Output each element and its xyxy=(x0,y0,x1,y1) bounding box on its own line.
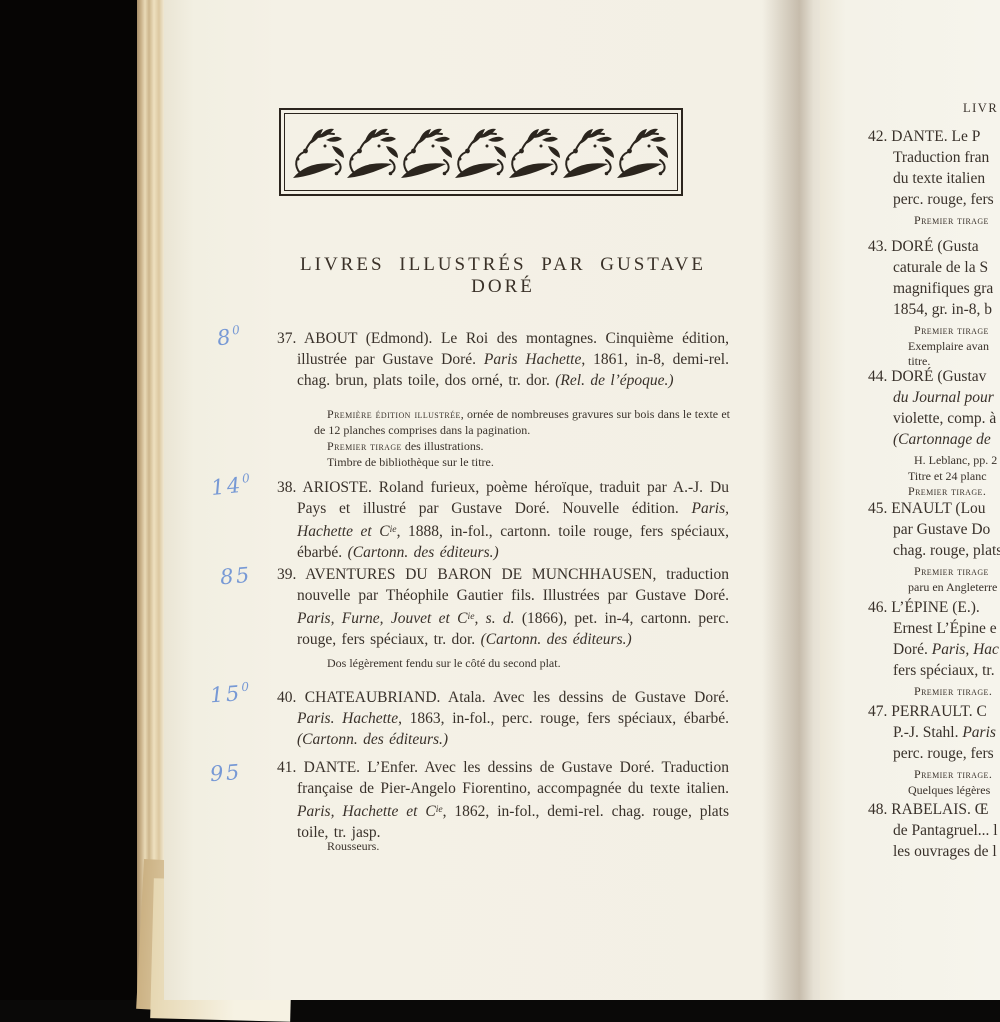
catalog-entry-45: 45. ENAULT (Lou par Gustave Do chag. rou… xyxy=(868,498,1000,595)
price-sup: 0 xyxy=(231,323,240,338)
entry-line: perc. rouge, fers xyxy=(893,743,1000,764)
catalog-entry-38: 38. ARIOSTE. Roland furieux, poème héroï… xyxy=(277,477,729,563)
note-line: Premier tirage des illustrations. xyxy=(314,438,730,454)
note-line: Dos légèrement fendu sur le côté du seco… xyxy=(314,655,730,671)
price-main: 95 xyxy=(209,760,242,786)
entry-line: de Pantagruel... l xyxy=(893,820,1000,841)
running-header: LIVR xyxy=(963,101,998,116)
note-line: Premier tirage xyxy=(914,323,1000,339)
entry-line: violette, comp. à xyxy=(893,408,1000,429)
note-line: Premier tirage xyxy=(914,564,1000,580)
catalog-entry-40: 40. CHATEAUBRIAND. Atala. Avec les dessi… xyxy=(277,687,729,750)
entry-line: (Cartonnage de xyxy=(893,429,1000,450)
ornament-band-inner xyxy=(284,113,678,191)
handwritten-price-40: 150 xyxy=(209,680,250,708)
entry-line: fers spéciaux, tr. xyxy=(893,660,1000,681)
note-line: Premier tirage xyxy=(914,213,1000,229)
catalog-entry-47: 47. PERRAULT. C P.-J. Stahl. Paris perc.… xyxy=(868,701,1000,798)
page-title: LIVRES ILLUSTRÉS PAR GUSTAVE DORÉ xyxy=(277,254,729,298)
entry-line: 44. DORÉ (Gustav xyxy=(868,366,1000,387)
fleuron-row-icon xyxy=(287,123,675,181)
price-sup: 0 xyxy=(241,680,250,694)
note-line: paru en Angleterre xyxy=(908,580,1000,596)
entry-line: par Gustave Do xyxy=(893,519,1000,540)
entry-line: du texte italien xyxy=(893,168,1000,189)
price-main: 15 xyxy=(209,681,242,707)
note-line: Premier tirage. xyxy=(914,684,1000,700)
catalog-entry-46: 46. L’ÉPINE (E.). Ernest L’Épine e Doré.… xyxy=(868,597,1000,700)
entry-line: les ouvrages de l xyxy=(893,841,1000,862)
note-line: Titre et 24 planc xyxy=(908,469,1000,485)
note-line: Quelques légères xyxy=(908,783,1000,799)
catalog-entry-37: 37. ABOUT (Edmond). Le Roi des montagnes… xyxy=(277,328,729,391)
price-main: 85 xyxy=(219,563,253,590)
entry-39-notes: Dos légèrement fendu sur le côté du seco… xyxy=(314,655,730,671)
entry-line: Doré. Paris, Hac xyxy=(893,639,1000,660)
entry-line: P.-J. Stahl. Paris xyxy=(893,722,1000,743)
note-line: H. Leblanc, pp. 2 xyxy=(914,453,1000,469)
entry-line: caturale de la S xyxy=(893,257,1000,278)
handwritten-price-39: 85 xyxy=(219,562,253,590)
entry-line: 42. DANTE. Le P xyxy=(868,126,1000,147)
price-main: 14 xyxy=(210,473,244,500)
entry-line: 45. ENAULT (Lou xyxy=(868,498,1000,519)
catalog-entry-48: 48. RABELAIS. Œ de Pantagruel... l les o… xyxy=(868,799,1000,862)
book-photo: LIVRES ILLUSTRÉS PAR GUSTAVE DORÉ 37. AB… xyxy=(0,0,1000,1000)
catalog-entry-42: 42. DANTE. Le P Traduction fran du texte… xyxy=(868,126,1000,229)
note-line: Premier tirage. xyxy=(914,767,1000,783)
catalog-entry-41: 41. DANTE. L’Enfer. Avec les dessins de … xyxy=(277,757,729,843)
price-sup: 0 xyxy=(241,471,250,486)
entry-line: 43. DORÉ (Gusta xyxy=(868,236,1000,257)
entry-41-notes: Rousseurs. xyxy=(314,838,730,854)
entry-37-notes: Première édition illustrée, ornée de nom… xyxy=(314,406,730,470)
ornament-band xyxy=(279,108,683,196)
note-line: Timbre de bibliothèque sur le titre. xyxy=(314,454,730,470)
page-fore-edge xyxy=(137,0,167,1000)
note-line: Première édition illustrée, ornée de nom… xyxy=(314,406,730,438)
entry-line: 46. L’ÉPINE (E.). xyxy=(868,597,1000,618)
handwritten-price-37: 80 xyxy=(216,323,242,351)
catalog-entry-43: 43. DORÉ (Gusta caturale de la S magnifi… xyxy=(868,236,1000,370)
entry-line: 1854, gr. in-8, b xyxy=(893,299,1000,320)
entry-line: chag. rouge, plats xyxy=(893,540,1000,561)
catalog-entry-39: 39. AVENTURES DU BARON DE MUNCHHAUSEN, t… xyxy=(277,564,729,650)
left-page: LIVRES ILLUSTRÉS PAR GUSTAVE DORÉ 37. AB… xyxy=(164,0,820,1000)
handwritten-price-38: 140 xyxy=(210,471,252,500)
note-line: Rousseurs. xyxy=(314,838,730,854)
entry-line: Traduction fran xyxy=(893,147,1000,168)
entry-line: 47. PERRAULT. C xyxy=(868,701,1000,722)
catalog-entry-44: 44. DORÉ (Gustav du Journal pour violett… xyxy=(868,366,1000,500)
handwritten-price-41: 95 xyxy=(209,759,242,786)
note-line: Exemplaire avan xyxy=(908,339,1000,355)
entry-line: du Journal pour xyxy=(893,387,1000,408)
entry-line: magnifiques gra xyxy=(893,278,1000,299)
entry-line: perc. rouge, fers xyxy=(893,189,1000,210)
right-page: LIVR 42. DANTE. Le P Traduction fran du … xyxy=(820,0,1000,1000)
photo-background xyxy=(0,0,140,1000)
entry-line: Ernest L’Épine e xyxy=(893,618,1000,639)
entry-line: 48. RABELAIS. Œ xyxy=(868,799,1000,820)
